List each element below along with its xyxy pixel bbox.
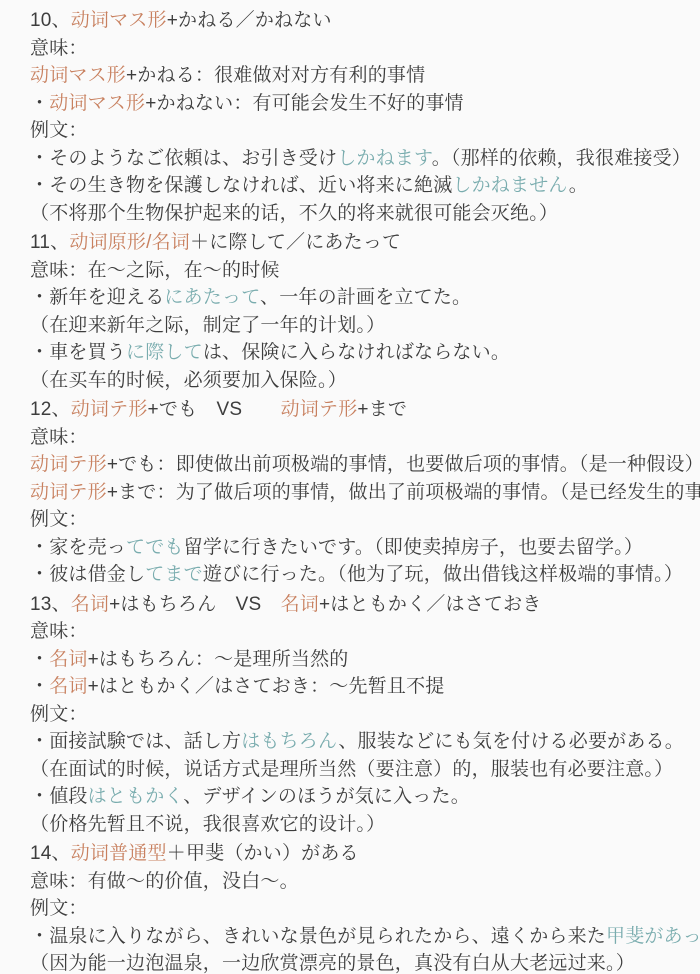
doc-line: 例文： [30,506,680,534]
text-segment: （在迎来新年之际，制定了一年的计划。） [30,315,385,336]
text-segment: ・そのようなご依頼は、お引き受け [30,148,337,169]
text-segment: +でも：即使做出前项极端的事情，也要做后项的事情。（是一种假设） [107,454,700,475]
section-heading-line: 10、动词マス形+かねる／かねない [30,7,680,35]
text-segment: ・彼は借金し [30,564,145,585]
doc-line: ・面接試験では、話し方はもちろん、服装などにも気を付ける必要がある。 [30,728,680,756]
grammar-term-highlight: 动词テ形 [281,399,358,420]
text-segment: +はともかく／はさておき：～先暂且不提 [88,676,445,697]
grammar-term-highlight: 动词テ形 [71,399,148,420]
text-segment: （在面试的时候，说话方式是理所当然（要注意）的，服装也有必要注意。） [30,759,673,780]
doc-line: （在迎来新年之际，制定了一年的计划。） [30,312,680,340]
text-segment: +はともかく／はさておき [319,594,542,615]
japanese-pattern-highlight: はともかく [88,786,184,807]
text-segment: 留学に行きたいです。（即使卖掉房子，也要去留学。） [184,537,643,558]
text-segment: +かねる：很难做对对方有利的事情 [126,65,425,86]
text-segment: 。（那样的依赖，我很难接受） [432,148,691,169]
text-segment: ・家を売っ [30,537,126,558]
doc-line: ・名词+はもちろん：～是理所当然的 [30,646,680,674]
japanese-pattern-highlight: しかねません [452,175,568,196]
doc-line: 例文： [30,895,680,923]
grammar-term-highlight: 名词 [71,594,109,615]
grammar-term-highlight: 动词テ形 [30,482,107,503]
text-segment: +かねる／かねない [167,10,332,31]
japanese-pattern-highlight: てまで [145,564,203,585]
doc-line: （在面试的时候，说话方式是理所当然（要注意）的，服装也有必要注意。） [30,756,680,784]
doc-line: ・そのようなご依頼は、お引き受けしかねます。（那样的依赖，我很难接受） [30,145,680,173]
text-segment: +まで：为了做后项的事情，做出了前项极端的事情。（是已经发生的事情） [107,482,700,503]
japanese-pattern-highlight: 甲斐があった [606,926,700,947]
doc-line: ・値段はともかく、デザインのほうが気に入った。 [30,783,680,811]
doc-line: ・その生き物を保護しなければ、近い将来に絶滅しかねません。 [30,172,680,200]
section-heading-line: 12、动词テ形+でも VS 动词テ形+まで [30,396,680,424]
grammar-term-highlight: 动词普通型 [71,843,167,864]
section-heading-line: 11、动词原形/名词＋に際して／にあたって [30,229,680,257]
text-segment: 。 [569,175,588,196]
text-segment: +まで [357,399,407,420]
doc-line: ・动词マス形+かねない：有可能会发生不好的事情 [30,90,680,118]
text-segment: 例文： [30,120,88,141]
text-segment: は、保険に入らなければならない。 [203,342,510,363]
text-segment: ・ [30,649,49,670]
grammar-term-highlight: 名词 [49,676,87,697]
japanese-pattern-highlight: にあたって [164,287,260,308]
text-segment: 例文： [30,509,88,530]
doc-line: 例文： [30,117,680,145]
text-segment: 意味：在～之际，在～的时候 [30,260,280,281]
text-segment: +でも VS [148,399,281,420]
text-segment: 例文： [30,704,88,725]
doc-line: ・名词+はともかく／はさておき：～先暂且不提 [30,673,680,701]
grammar-term-highlight: 动词テ形 [30,454,107,475]
text-segment: 12、 [30,399,71,420]
text-segment: 、一年の計画を立てた。 [260,287,471,308]
doc-line: （因为能一边泡温泉，一边欣赏漂亮的景色，真没有白从大老远过来。） [30,950,680,974]
text-segment: 13、 [30,594,71,615]
doc-line: ・新年を迎えるにあたって、一年の計画を立てた。 [30,284,680,312]
text-segment: ・車を買う [30,342,126,363]
doc-line: 意味： [30,35,680,63]
doc-line: （不将那个生物保护起来的话，不久的将来就很可能会灭绝。） [30,200,680,228]
doc-line: 例文： [30,701,680,729]
text-segment: （在买车的时候，必须要加入保险。） [30,370,347,391]
grammar-term-highlight: 名词 [281,594,319,615]
doc-line: 意味： [30,424,680,452]
doc-line: 动词テ形+まで：为了做后项的事情，做出了前项极端的事情。（是已经发生的事情） [30,479,680,507]
grammar-term-highlight: 名词 [49,649,87,670]
text-segment: 遊びに行った。（他为了玩，做出借钱这样极端的事情。） [203,564,683,585]
doc-line: 意味：在～之际，在～的时候 [30,257,680,285]
text-segment: ・値段 [30,786,88,807]
text-segment: （价格先暂且不说，我很喜欢它的设计。） [30,814,385,835]
text-segment: +はもちろん：～是理所当然的 [88,649,349,670]
grammar-term-highlight: 动词原形/名词 [69,232,190,253]
doc-line: 意味：有做～的价值，没白～。 [30,868,680,896]
grammar-term-highlight: 动词マス形 [30,65,126,86]
text-segment: ＋に際して／にあたって [190,232,401,253]
doc-line: （价格先暂且不说，我很喜欢它的设计。） [30,811,680,839]
text-segment: 11、 [30,232,69,253]
text-segment: 、服装などにも気を付ける必要がある。 [338,731,684,752]
text-segment: 意味：有做～的价值，没白～。 [30,871,299,892]
japanese-pattern-highlight: てでも [126,537,184,558]
doc-line: ・温泉に入りながら、きれいな景色が見られたから、遠くから来た甲斐があったね。 [30,923,680,951]
section-heading-line: 14、动词普通型＋甲斐（かい）がある [30,840,680,868]
text-segment: 意味： [30,427,88,448]
text-segment: 意味： [30,38,88,59]
text-segment: 、デザインのほうが気に入った。 [183,786,470,807]
doc-line: 动词テ形+でも：即使做出前项极端的事情，也要做后项的事情。（是一种假设） [30,451,680,479]
document-lines: 10、动词マス形+かねる／かねない意味：动词マス形+かねる：很难做对对方有利的事… [30,7,680,974]
grammar-notes-page: 10、动词マス形+かねる／かねない意味：动词マス形+かねる：很难做对对方有利的事… [0,0,700,974]
doc-line: ・彼は借金してまで遊びに行った。（他为了玩，做出借钱这样极端的事情。） [30,561,680,589]
text-segment: 意味： [30,621,88,642]
text-segment: +かねない：有可能会发生不好的事情 [145,93,464,114]
section-heading-line: 13、名词+はもちろん VS 名词+はともかく／はさておき [30,591,680,619]
text-segment: （因为能一边泡温泉，一边欣赏漂亮的景色，真没有白从大老远过来。） [30,953,635,974]
doc-line: 动词マス形+かねる：很难做对对方有利的事情 [30,62,680,90]
text-segment: ・ [30,93,49,114]
grammar-term-highlight: 动词マス形 [49,93,145,114]
doc-line: ・車を買うに際しては、保険に入らなければならない。 [30,339,680,367]
text-segment: ・新年を迎える [30,287,164,308]
text-segment: 14、 [30,843,71,864]
text-segment: ・面接試験では、話し方 [30,731,241,752]
doc-line: 意味： [30,618,680,646]
text-segment: ＋甲斐（かい）がある [167,843,359,864]
doc-line: （在买车的时候，必须要加入保险。） [30,367,680,395]
text-segment: 例文： [30,898,88,919]
text-segment: ・その生き物を保護しなければ、近い将来に絶滅 [30,175,452,196]
text-segment: ・温泉に入りながら、きれいな景色が見られたから、遠くから来た [30,926,606,947]
grammar-term-highlight: 动词マス形 [71,10,167,31]
doc-line: ・家を売ってでも留学に行きたいです。（即使卖掉房子，也要去留学。） [30,534,680,562]
text-segment: ・ [30,676,49,697]
text-segment: +はもちろん VS [109,594,280,615]
text-segment: （不将那个生物保护起来的话，不久的将来就很可能会灭绝。） [30,203,558,224]
japanese-pattern-highlight: はもちろん [241,731,338,752]
text-segment: 10、 [30,10,71,31]
japanese-pattern-highlight: しかねます [337,148,431,169]
japanese-pattern-highlight: に際して [126,342,203,363]
